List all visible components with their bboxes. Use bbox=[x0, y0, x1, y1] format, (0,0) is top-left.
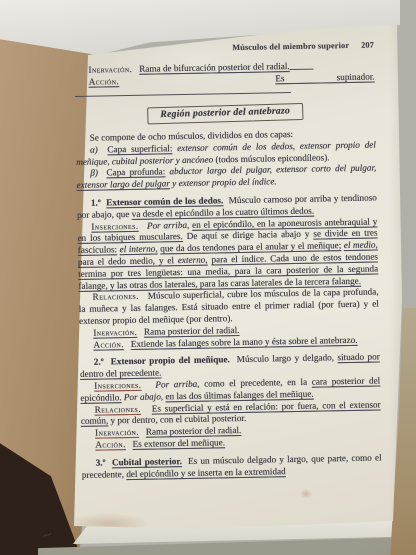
text-segment: Acción. bbox=[89, 76, 120, 87]
text-segment: Rama de bifurcación posterior del radial… bbox=[139, 61, 290, 74]
paragraph-capa-profunda: β) Capa profunda: abductor largo del pul… bbox=[76, 163, 376, 192]
text-segment: Inserciones. bbox=[91, 220, 138, 231]
text-segment: Rama posterior del radial. bbox=[146, 425, 242, 437]
text-segment: De aquí se dirige hacia abajo y bbox=[183, 229, 314, 241]
text-segment bbox=[119, 73, 275, 86]
text-segment: Por arriba, bbox=[147, 219, 190, 230]
text-segment: externo, bbox=[178, 255, 208, 266]
text-segment: Inervación. bbox=[95, 427, 139, 438]
text-segment: (todos músculos epicondíleos). bbox=[213, 152, 330, 164]
background-wall-right bbox=[400, 0, 416, 350]
section-heading-box: Región posterior del antebrazo bbox=[147, 103, 303, 124]
text-segment: Acción. bbox=[95, 439, 126, 450]
page-number: 207 bbox=[361, 40, 374, 52]
muscle1-inserciones: Inserciones. Por arriba, en el epicóndil… bbox=[77, 216, 378, 292]
text-segment: Por arriba, bbox=[155, 379, 199, 390]
text-segment: Inervación. bbox=[88, 64, 132, 75]
text-segment: y por dentro, con el cubital posterior. bbox=[108, 413, 246, 426]
text-segment: 1.º bbox=[91, 197, 107, 207]
text-segment: 3.º bbox=[96, 457, 112, 467]
text-segment: el interno, bbox=[120, 244, 158, 255]
text-segment: Acción. bbox=[93, 339, 124, 350]
text-segment: Extensor propio del meñique. bbox=[111, 355, 230, 367]
paragraph-accion-supinador: Acción. Es supinador. bbox=[75, 71, 375, 100]
text-segment: extensor largo del pulgar bbox=[76, 178, 169, 190]
page-content: Músculos del miembro superior 207 Inerva… bbox=[74, 40, 382, 482]
text-segment: en las dos últimas falanges del meñique. bbox=[165, 388, 313, 401]
text-segment: Relaciones. bbox=[93, 291, 139, 302]
section-heading: Región posterior del antebrazo bbox=[160, 106, 290, 121]
text-segment: Por abajo, bbox=[124, 391, 163, 402]
text-segment bbox=[141, 379, 155, 389]
text-segment: Inserciones. bbox=[94, 380, 141, 391]
text-segment: del epicóndilo y se inserta en la extrem… bbox=[126, 466, 286, 479]
text-segment bbox=[141, 403, 152, 413]
text-segment: y extensor propio del índice. bbox=[170, 176, 277, 188]
text-segment: Músculo largo y delgado, bbox=[230, 353, 338, 365]
text-segment: Es extensor del meñique. bbox=[133, 437, 226, 449]
muscle1-relaciones: Relaciones. Músculo superficial, cubre l… bbox=[79, 287, 380, 328]
text-segment: 2.º bbox=[94, 357, 111, 367]
text-segment: α) bbox=[90, 144, 108, 154]
text-segment: Capa superficial: bbox=[107, 143, 172, 154]
text-segment: Cubital posterior. bbox=[112, 456, 182, 467]
text-segment: Inervación. bbox=[93, 327, 137, 338]
running-title: Músculos del miembro superior bbox=[232, 40, 349, 54]
text-segment: el medio, bbox=[344, 240, 378, 251]
photo-of-anatomy-book-page: Músculos del miembro superior 207 Inerva… bbox=[0, 0, 416, 555]
text-segment: Rama posterior del radial. bbox=[144, 325, 240, 337]
text-segment: Extensor común de los dedos. bbox=[106, 195, 223, 207]
text-segment bbox=[139, 291, 148, 301]
text-segment: β) bbox=[90, 168, 106, 178]
text-segment: Relaciones. bbox=[95, 403, 141, 414]
text-segment bbox=[138, 220, 147, 230]
text-segment: Es supinador. bbox=[275, 71, 374, 83]
text-segment: para el dedo medio, y el bbox=[78, 255, 178, 267]
text-segment: como el precedente, en la bbox=[199, 377, 311, 389]
text-segment: Capa profunda: bbox=[106, 167, 165, 178]
